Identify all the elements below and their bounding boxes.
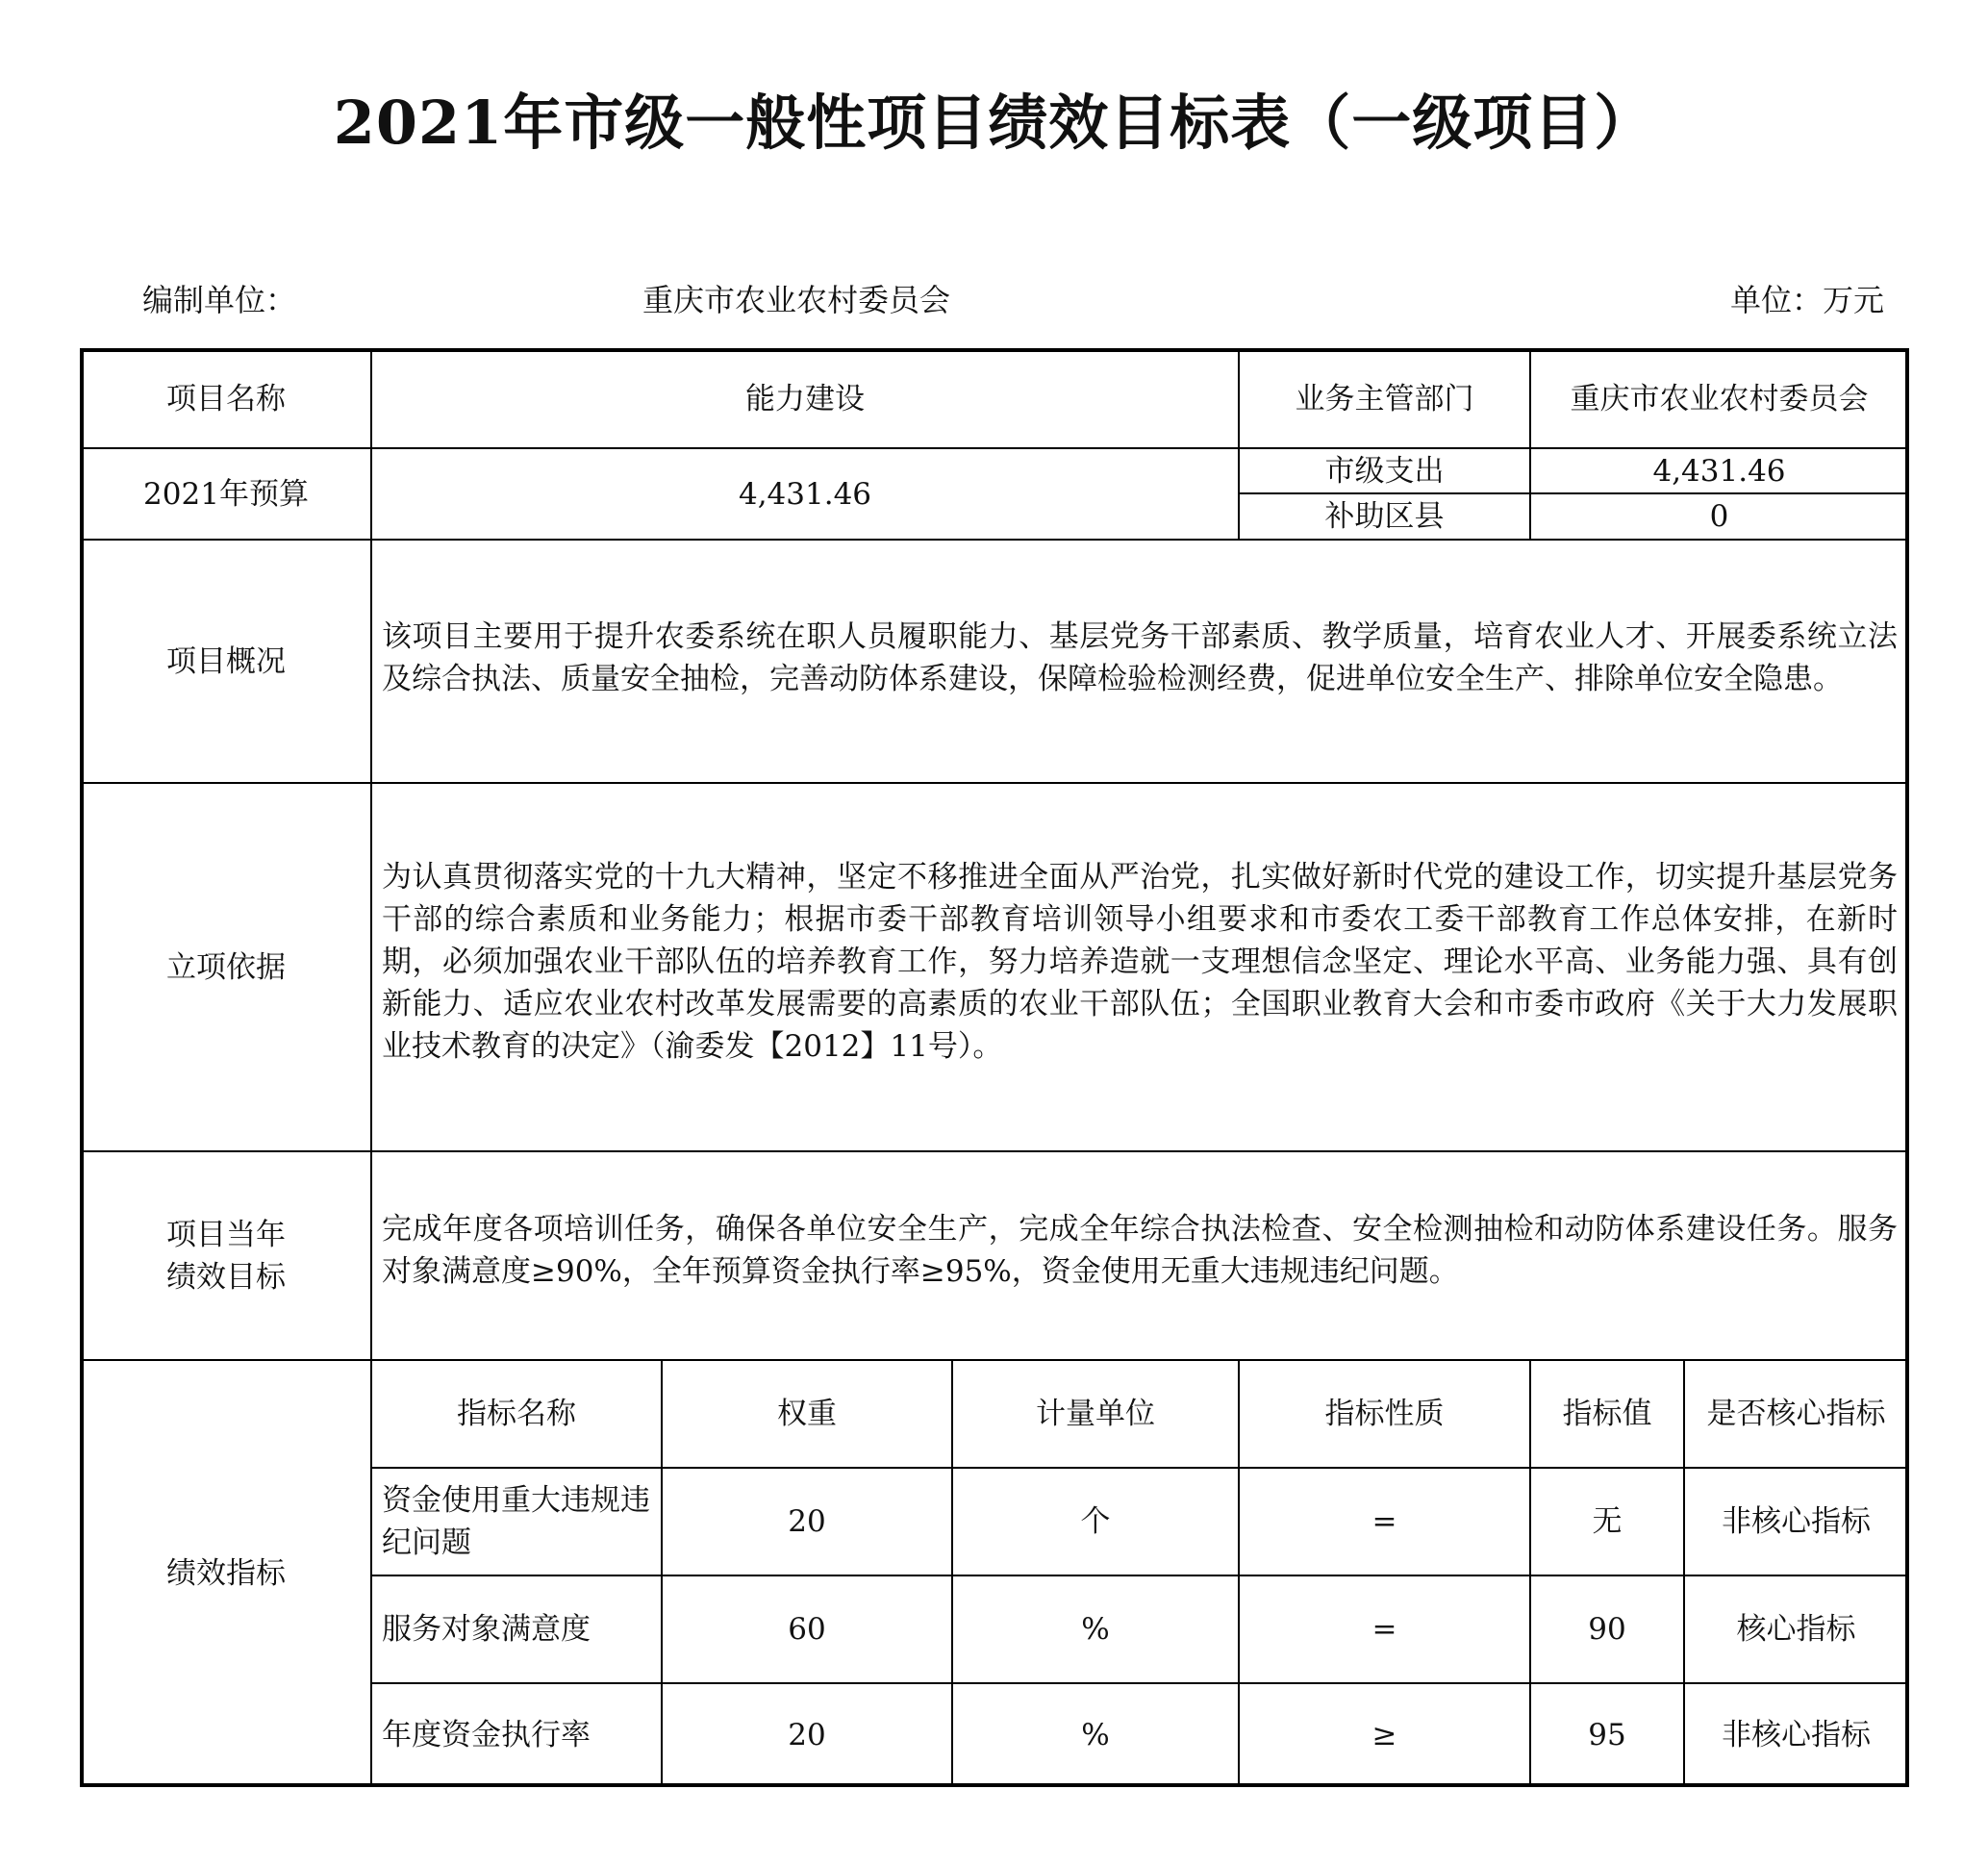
compiler-label: 编制单位： [142, 279, 296, 321]
goal-label-line2: 绩效目标 [166, 1256, 286, 1298]
kpi-row-1-unit: 个 [951, 1467, 1240, 1576]
kpi-row-1-value: 无 [1529, 1467, 1685, 1576]
kpi-col-core: 是否核心指标 [1683, 1359, 1909, 1469]
performance-table: 项目名称 能力建设 业务主管部门 重庆市农业农村委员会 2021年预算 4,43… [80, 348, 1909, 1787]
goal-text: 完成年度各项培训任务，确保各单位安全生产，完成全年综合执法检查、安全检测抽检和动… [370, 1150, 1909, 1361]
kpi-row-1-name: 资金使用重大违规违纪问题 [370, 1467, 663, 1576]
kpi-col-name: 指标名称 [370, 1359, 663, 1469]
kpi-col-weight: 权重 [661, 1359, 953, 1469]
goal-label: 项目当年 绩效目标 [80, 1150, 372, 1361]
dept-value: 重庆市农业农村委员会 [1529, 348, 1909, 449]
basis-text: 为认真贯彻落实党的十九大精神，坚定不移推进全面从严治党，扎实做好新时代党的建设工… [370, 782, 1909, 1152]
kpi-row-3-core: 非核心指标 [1683, 1682, 1909, 1787]
project-name-label: 项目名称 [80, 348, 372, 449]
project-name-value: 能力建设 [370, 348, 1240, 449]
kpi-col-nature: 指标性质 [1238, 1359, 1531, 1469]
kpi-row-2-value: 90 [1529, 1575, 1685, 1684]
kpi-row-3-unit: % [951, 1682, 1240, 1787]
county-subsidy-value: 0 [1529, 492, 1909, 541]
kpi-row-2-nature: = [1238, 1575, 1531, 1684]
city-spend-label: 市级支出 [1238, 447, 1531, 494]
kpi-row-3-value: 95 [1529, 1682, 1685, 1787]
kpi-row-3-nature: ≥ [1238, 1682, 1531, 1787]
kpi-section-label: 绩效指标 [80, 1359, 372, 1787]
kpi-row-2-weight: 60 [661, 1575, 953, 1684]
kpi-row-2-unit: % [951, 1575, 1240, 1684]
kpi-row-2-name: 服务对象满意度 [370, 1575, 663, 1684]
kpi-row-1-nature: = [1238, 1467, 1531, 1576]
goal-label-line1: 项目当年 [166, 1214, 286, 1256]
dept-label: 业务主管部门 [1238, 348, 1531, 449]
county-subsidy-label: 补助区县 [1238, 492, 1531, 541]
overview-text: 该项目主要用于提升农委系统在职人员履职能力、基层党务干部素质、教学质量，培育农业… [370, 539, 1909, 784]
city-spend-value: 4,431.46 [1529, 447, 1909, 494]
kpi-row-3-name: 年度资金执行率 [370, 1682, 663, 1787]
kpi-col-value: 指标值 [1529, 1359, 1685, 1469]
unit-label: 单位：万元 [1730, 279, 1884, 321]
compiler-value: 重庆市农业农村委员会 [642, 279, 950, 321]
kpi-col-unit: 计量单位 [951, 1359, 1240, 1469]
kpi-row-3-weight: 20 [661, 1682, 953, 1787]
kpi-row-2-core: 核心指标 [1683, 1575, 1909, 1684]
kpi-row-1-weight: 20 [661, 1467, 953, 1576]
basis-label: 立项依据 [80, 782, 372, 1152]
overview-label: 项目概况 [80, 539, 372, 784]
budget-value: 4,431.46 [370, 447, 1240, 541]
budget-label: 2021年预算 [80, 447, 372, 541]
kpi-row-1-core: 非核心指标 [1683, 1467, 1909, 1576]
page-title: 2021年市级一般性项目绩效目标表（一级项目） [0, 85, 1988, 162]
